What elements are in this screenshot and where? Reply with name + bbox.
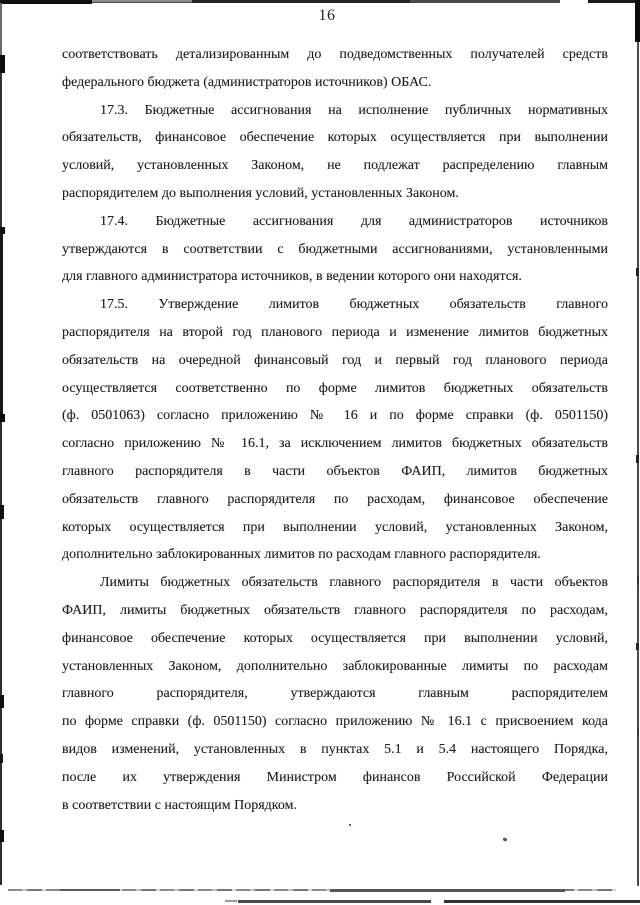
scan-edge-left-blob [0, 754, 3, 763]
scan-speck [503, 837, 508, 841]
scan-bottom-line-1-dark [60, 889, 120, 891]
text-line: главного распорядителя в части объектов … [62, 458, 608, 486]
scan-edge-right-tick [637, 576, 639, 585]
text-line: видов изменений, установленных в пунктах… [62, 736, 608, 764]
scan-edge-left-blob [0, 414, 5, 422]
text-line: утверждаются в соответствии с бюджетными… [62, 236, 608, 264]
text-line: установленных Законом, дополнительно заб… [62, 653, 608, 681]
scan-edge-top-seg [192, 0, 410, 3]
scan-edge-left [0, 3, 2, 55]
text-line: федерального бюджета (администраторов ис… [62, 69, 608, 97]
scan-edge-left [0, 422, 2, 505]
paragraph-4: 17.5. Утверждение лимитов бюджетных обяз… [62, 291, 608, 569]
text-line: условий, установленных Законом, не подле… [62, 152, 608, 180]
text-line: после их утверждения Министром финансов … [62, 764, 608, 792]
scan-bottom-line-2 [225, 900, 237, 902]
scanned-page: 16 соответствовать детализированным до п… [0, 0, 640, 905]
text-line: главного распорядителя, утверждаются гла… [62, 680, 608, 708]
text-line: финансовое обеспечение которых осуществл… [62, 625, 608, 653]
paragraph-5: Лимиты бюджетных обязательств главного р… [62, 569, 608, 819]
text-line: дополнительно заблокированных лимитов по… [62, 541, 608, 569]
scan-edge-top-gap [560, 0, 588, 4]
scan-bottom-line-1-dark [330, 889, 565, 892]
paragraph-2: 17.3. Бюджетные ассигнования на исполнен… [62, 97, 608, 208]
text-line: 17.5. Утверждение лимитов бюджетных обяз… [62, 291, 608, 319]
scan-edge-right-tick [636, 268, 639, 276]
text-line: в соответствии с настоящим Порядком. [62, 792, 608, 820]
scan-bottom-line-1 [8, 889, 616, 891]
text-line: которых осуществляется при выполнении ус… [62, 514, 608, 542]
text-line: по форме справки (ф. 0501150) согласно п… [62, 708, 608, 736]
text-line: (ф. 0501063) согласно приложению № 16 и … [62, 402, 608, 430]
scan-edge-right-tick [636, 643, 639, 650]
scan-edge-top-seg [92, 0, 192, 2]
scan-bottom-line-2 [238, 900, 431, 903]
text-line: распорядителем до выполнения условий, ус… [62, 180, 608, 208]
text-line: соответствовать детализированным до подв… [62, 41, 608, 69]
scan-edge-left [0, 234, 3, 414]
page-number: 16 [14, 7, 640, 25]
text-line: обязательств на очередной финансовый год… [62, 347, 608, 375]
text-line: согласно приложению № 16.1, за исключени… [62, 430, 608, 458]
scan-edge-top [0, 0, 640, 3]
scan-edge-right [637, 42, 639, 886]
scan-edge-left-blob [0, 505, 4, 519]
scan-edge-left-blob [0, 227, 5, 234]
scan-edge-top-light [92, 0, 192, 2]
text-line: осуществляется соответственно по форме л… [62, 375, 608, 403]
document-body: соответствовать детализированным до подв… [62, 41, 608, 819]
scan-speck [349, 824, 351, 826]
scan-edge-top-seg [588, 0, 640, 3]
paragraph-1: соответствовать детализированным до подв… [62, 41, 608, 97]
scan-edge-right-tick [637, 728, 639, 735]
scan-edge-left [0, 519, 2, 885]
paragraph-3: 17.4. Бюджетные ассигнования для админис… [62, 208, 608, 291]
text-line: для главного администратора источников, … [62, 263, 608, 291]
scan-edge-right-tick [636, 455, 639, 463]
text-line: 17.4. Бюджетные ассигнования для админис… [62, 208, 608, 236]
text-line: обязательств главного распорядителя по р… [62, 486, 608, 514]
text-line: Лимиты бюджетных обязательств главного р… [62, 569, 608, 597]
text-line: 17.3. Бюджетные ассигнования на исполнен… [62, 97, 608, 125]
text-line: ФАИП, лимиты бюджетных обязательств глав… [62, 597, 608, 625]
text-line: распорядителя на второй год планового пе… [62, 319, 608, 347]
scan-edge-left [0, 73, 2, 227]
text-line: обязательств, финансовое обеспечение кот… [62, 124, 608, 152]
scan-edge-left-blob [0, 695, 4, 708]
scan-bottom-line-2 [444, 900, 640, 903]
scan-edge-left-blob [0, 830, 4, 842]
scan-edge-left-blob [0, 55, 5, 73]
scan-edge-top-dark [0, 0, 92, 4]
